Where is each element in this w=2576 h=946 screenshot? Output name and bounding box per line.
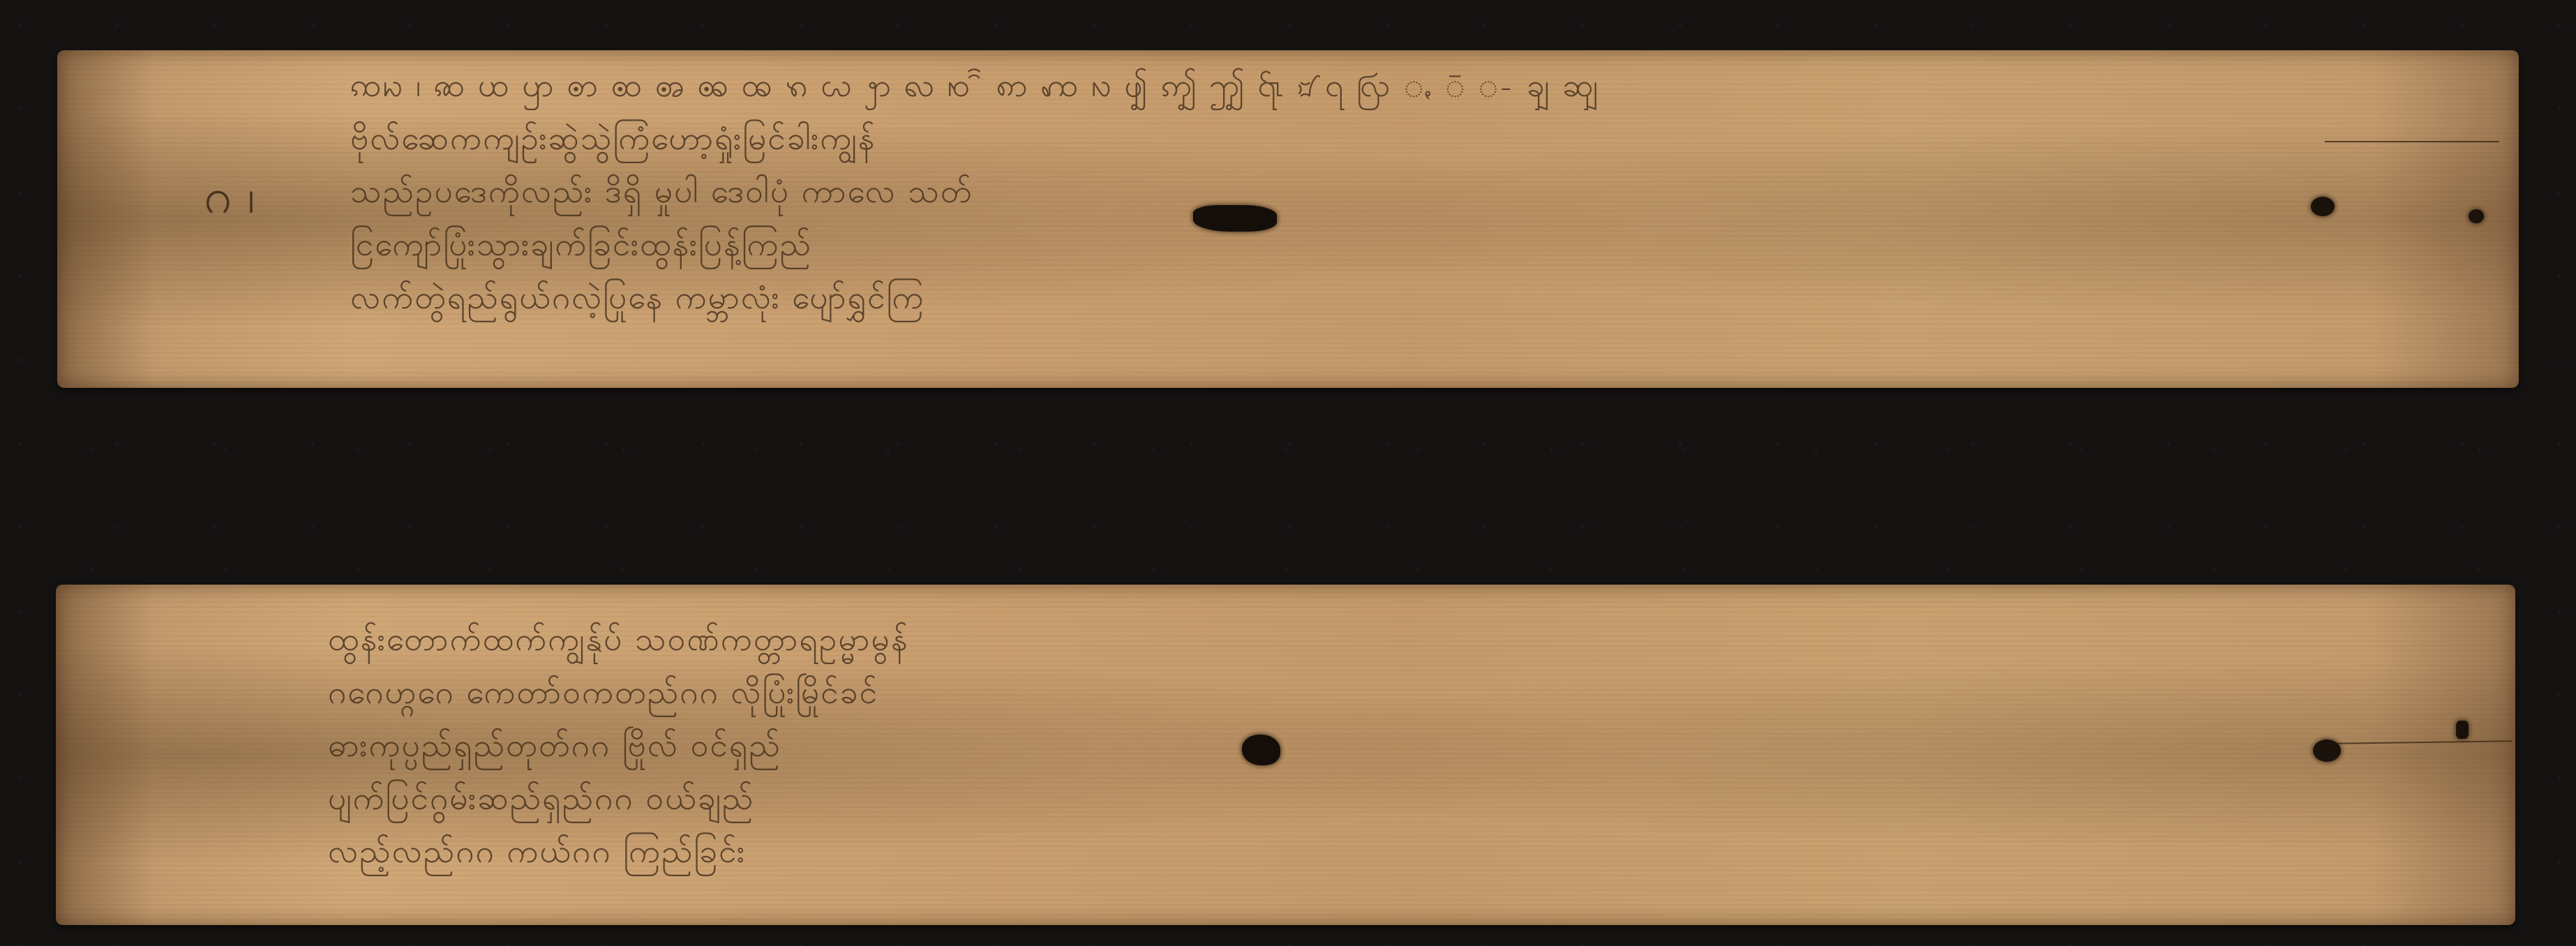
script-line: လည့်လည်ဂဂ ကယ်ဂဂ ကြည်ခြင်း: [328, 825, 2386, 878]
script-line: လက်တွဲရည်ရွယ်ဂလဲ့ပြုနေ ကမ္ဘာလုံး ပျော်ရွ…: [350, 271, 2374, 324]
script-text-bottom: ထွန်းတောက်ထက်ကျွန်ုပ် သဝဏ်ကတ္တာရဥမ္မာမွန…: [328, 613, 2386, 878]
binding-hole-center: [1193, 205, 1277, 232]
script-line: သည်ဥပဒေကိုလည်း ဒိရှိ မှုပါ ဒေဝါပုံ ကာလေ …: [350, 165, 2374, 218]
binding-hole-right: [2311, 197, 2335, 216]
script-line: ဓားကုပ္ပည်ရှည်တုတ်ဂဂ ဗြိုလ် ဝင်ရှည်: [328, 719, 2386, 772]
palm-leaf-top: ဂ ၊ ꩡꩢ ၊ ꩣ ꩤ ꩥ ꩦ ꩧ ꩨ ꩩ ꩪ ꩫ ꩬ ꩭ ꩮ ꩯ ꩰ ꩱ ꩲ…: [57, 50, 2519, 388]
script-line: ဂဂေဟ္ဂဂေ ကေတာ်ဝကတည်ဂဂ လိုပြုံးမြိုင်ခင်: [328, 666, 2386, 719]
binding-hole-edge: [2469, 209, 2484, 223]
script-line: ငြကျော်ပြုံးသွားချက်ခြင်းထွန်းပြန့်ကြည်: [350, 218, 2374, 271]
script-text-top: ꩡꩢ ၊ ꩣ ꩤ ꩥ ꩦ ꩧ ꩨ ꩩ ꩪ ꩫ ꩬ ꩭ ꩮ ꩯ ꩰ ꩱ ꩲ ꩳ ꩴ…: [350, 59, 2374, 324]
palm-leaf-bottom: ထွန်းတောက်ထက်ကျွန်ုပ် သဝဏ်ကတ္တာရဥမ္မာမွန…: [56, 585, 2515, 925]
binding-hole-edge: [2456, 721, 2469, 739]
leaf-crack: [2325, 141, 2499, 142]
script-line: ထွန်းတောက်ထက်ကျွန်ုပ် သဝဏ်ကတ္တာရဥမ္မာမွန…: [328, 613, 2386, 666]
margin-folio-mark: ဂ ၊: [204, 165, 255, 237]
script-line: ꩡꩢ ၊ ꩣ ꩤ ꩥ ꩦ ꩧ ꩨ ꩩ ꩪ ꩫ ꩬ ꩭ ꩮ ꩯ ꩰ ꩱ ꩲ ꩳ ꩴ…: [350, 59, 2374, 112]
script-line: ဗိုလ်ဆေကကျဉ်းဆွဲသွဲကြံဟော့ရှုံးမြင်ခါးကျ…: [350, 112, 2374, 165]
script-line: ပျက်ပြင်ဂွမ်းဆည်ရှည်ဂဂ ဝယ်ချည်: [328, 772, 2386, 825]
binding-hole-center: [1242, 735, 1280, 765]
